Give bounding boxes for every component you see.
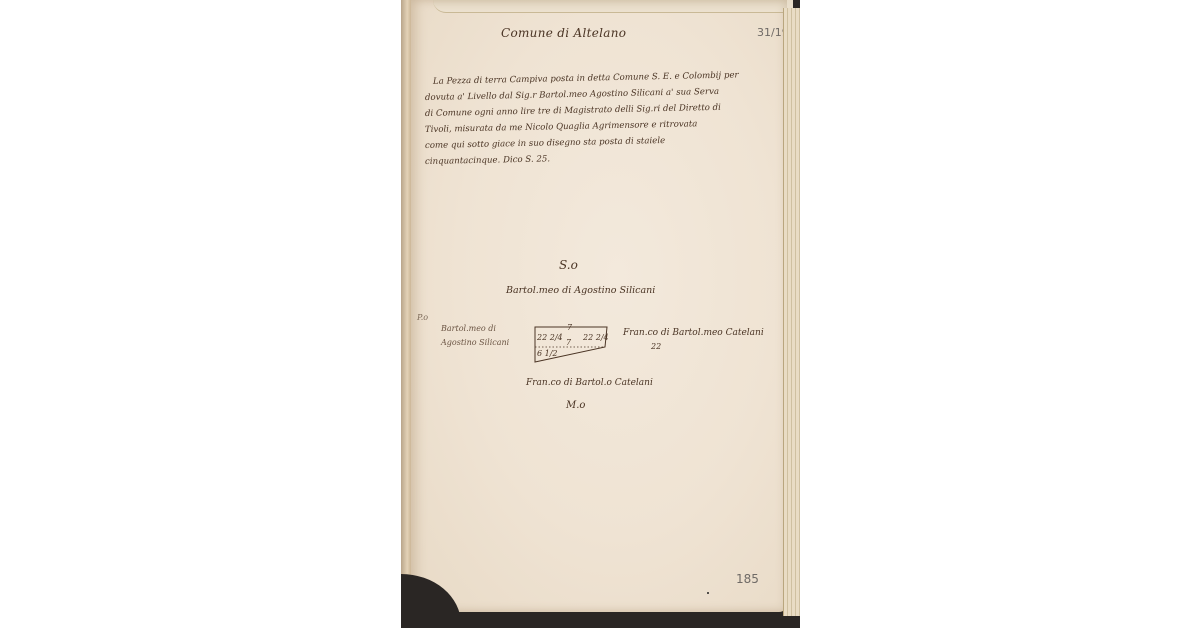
page-number: 185 [736,572,759,586]
south-owner-label: Fran.co di Bartol.o Catelani [526,378,653,388]
south-marker: M.o [566,400,585,411]
plot-measure-center: 7 [566,338,571,347]
land-plot-diagram: 7 22 2/4 22 2/4 7 6 1/2 [533,325,613,365]
manuscript-page: Comune di Altelano 31/19 La Pezza di ter… [411,0,787,612]
north-marker: S.o [559,258,578,272]
plot-outline-icon [533,325,613,365]
ink-dot [707,592,709,594]
manuscript-scan: Comune di Altelano 31/19 La Pezza di ter… [401,0,800,628]
page-title: Comune di Altelano [501,26,626,40]
body-paragraph: La Pezza di terra Campiva posta in detta… [425,74,785,170]
plot-measure-lower: 6 1/2 [537,349,558,358]
plot-measure-right: 22 2/4 [583,333,609,342]
north-owner-label: Bartol.meo di Agostino Silicani [506,285,655,296]
plot-measure-top: 7 [567,323,572,332]
west-marker: P.o [417,313,428,322]
plot-measure-left: 22 2/4 [537,333,563,342]
east-number: 22 [651,342,661,351]
east-owner-label: Fran.co di Bartol.meo Catelani [623,328,764,338]
page-stack-edges [783,8,800,616]
west-owner-label: Bartol.meo di Agostino Silicani [441,322,521,350]
page-top-fold [433,0,793,13]
